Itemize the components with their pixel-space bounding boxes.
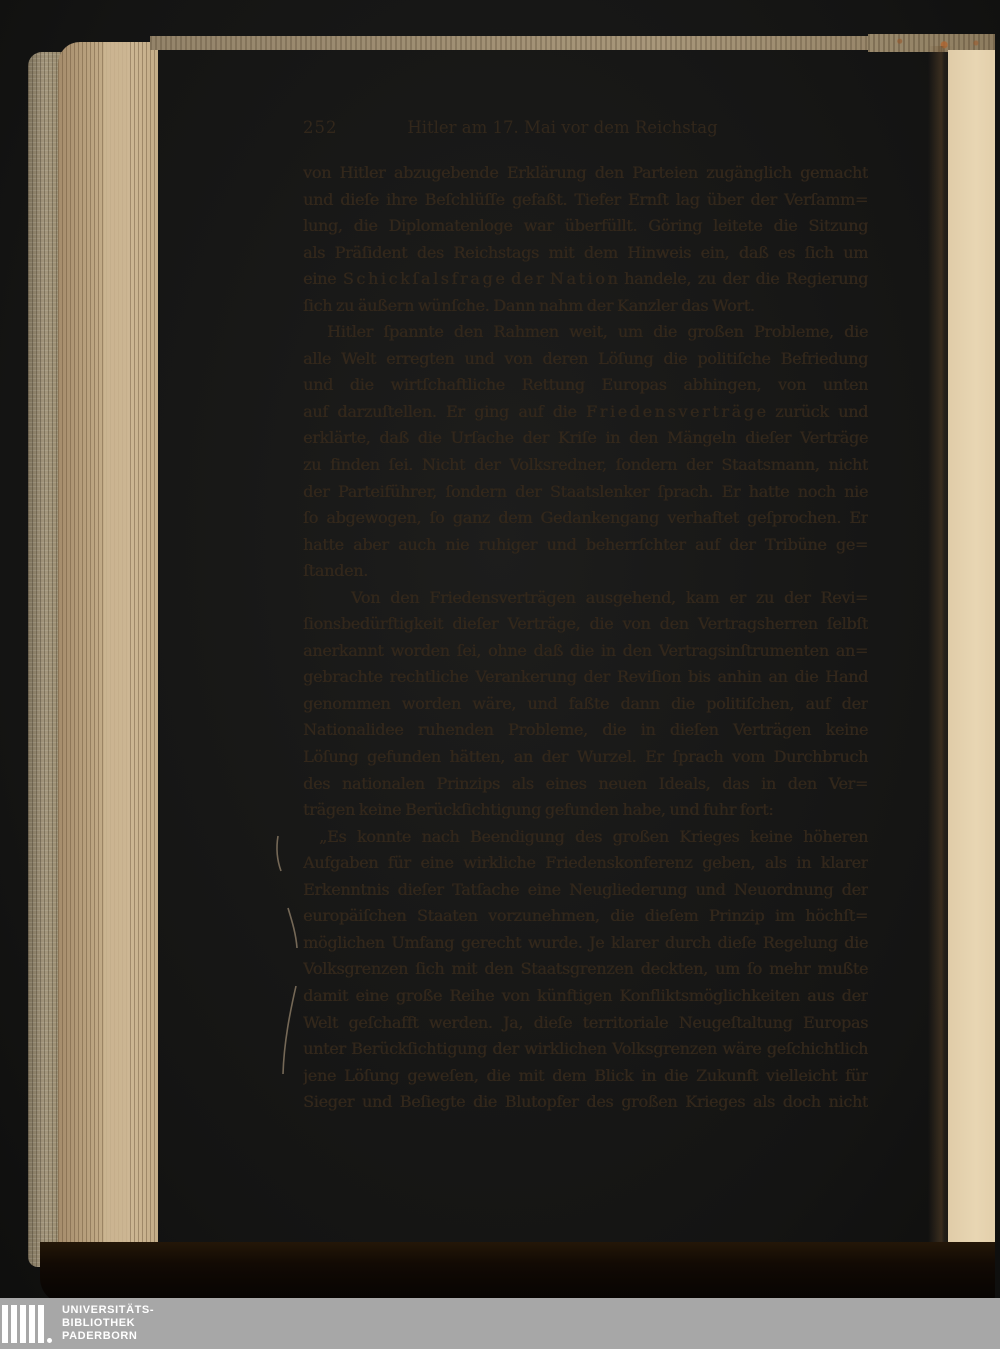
library-name-line2: BIBLIOTHEK <box>62 1317 154 1330</box>
text-line-p2-l2: alle Welt erregten und von deren Löſung … <box>303 346 868 373</box>
text-line-p4-l10: jene Löſung geweſen, die mit dem Blick i… <box>303 1063 868 1090</box>
library-watermark-bar: UNIVERSITÄTS- BIBLIOTHEK PADERBORN <box>0 1298 1000 1349</box>
text-line-p2-l10: ſtanden. <box>303 558 868 585</box>
text-line-p3-l8: des nationalen Prinzips als eines neuen … <box>303 771 868 798</box>
text-line-p2-l1: Hitler ſpannte den Rahmen weit, um die g… <box>303 319 868 346</box>
text-line-p3-l7: Löſung gefunden hätten, an der Wurzel. E… <box>303 744 868 771</box>
text-line-p1-l4: als Präſident des Reichstags mit dem Hin… <box>303 240 868 267</box>
body-text: von Hitler abzugebende Erklärung den Par… <box>303 160 868 1116</box>
text-line-p4-l1: „Es konnte nach Beendigung des großen Kr… <box>303 824 868 851</box>
library-logo-dot <box>47 1338 52 1343</box>
text-line-p2-l8: ſo abgewogen, ſo ganz dem Gedankengang v… <box>303 505 868 532</box>
text-line-p1-l3: lung, die Diplomatenloge war überfüllt. … <box>303 213 868 240</box>
text-line-p2-l7: der Parteiführer, ſondern der Staatslenk… <box>303 479 868 506</box>
text-line-p2-l5: erklärte, daß die Urſache der Kriſe in d… <box>303 425 868 452</box>
text-line-p1-l2: und dieſe ihre Beſchlüſſe gefaßt. Tiefer… <box>303 187 868 214</box>
text-line-p4-l8: Welt geſchafft werden. Ja, dieſe territo… <box>303 1010 868 1037</box>
text-line-p4-l11: Sieger und Beſiegte die Blutopfer des gr… <box>303 1089 868 1116</box>
text-line-p1-l6: ſich zu äußern wünſche. Dann nahm der Ka… <box>303 293 868 320</box>
page-stack-band <box>104 42 128 1257</box>
text-line-p2-l9: hatte aber auch nie ruhiger und beherrſc… <box>303 532 868 559</box>
text-line-p4-l6: Volksgrenzen ſich mit den Staatsgrenzen … <box>303 956 868 983</box>
text-line-p2-l3: und die wirtſchaftliche Rettung Europas … <box>303 372 868 399</box>
page-stack-fore-edge <box>58 42 158 1257</box>
book-bottom-shadow <box>40 1242 995 1304</box>
text-line-p4-l4: europäiſchen Staaten vorzunehmen, die di… <box>303 903 868 930</box>
library-name-line1: UNIVERSITÄTS- <box>62 1304 154 1317</box>
text-line-p3-l2: ſionsbedürftigkeit dieſer Verträge, die … <box>303 611 868 638</box>
text-line-p3-l5: genommen worden wäre, und faßte dann die… <box>303 691 868 718</box>
text-line-p4-l2: Aufgaben für eine wirkliche Friedenskonf… <box>303 850 868 877</box>
text-line-p2-l4: auf darzuſtellen. Er ging auf die F r i … <box>303 399 868 426</box>
text-line-p3-l4: gebrachte rechtliche Verankerung der Rev… <box>303 664 868 691</box>
text-line-p2-l6: zu finden ſei. Nicht der Volksredner, ſo… <box>303 452 868 479</box>
text-line-p3-l1: Von den Friedensverträgen ausgehend, kam… <box>303 585 868 612</box>
text-line-p3-l6: Nationalidee ruhenden Probleme, die in d… <box>303 717 868 744</box>
text-line-p4-l9: unter Berückſichtigung der wirklichen Vo… <box>303 1036 868 1063</box>
library-name: UNIVERSITÄTS- BIBLIOTHEK PADERBORN <box>62 1304 154 1343</box>
text-line-p4-l7: damit eine große Reihe von künftigen Kon… <box>303 983 868 1010</box>
scanned-book-photo: 252 Hitler am 17. Mai vor dem Reichstag … <box>0 0 1000 1349</box>
right-page-sliver <box>948 50 995 1245</box>
text-line-p3-l3: anerkannt worden ſei, ohne daß die in de… <box>303 638 868 665</box>
text-line-p4-l5: möglichen Umfang gerecht wurde. Je klare… <box>303 930 868 957</box>
library-name-line3: PADERBORN <box>62 1330 154 1343</box>
page-text-block: 252 Hitler am 17. Mai vor dem Reichstag … <box>303 118 868 144</box>
text-line-p1-l1: von Hitler abzugebende Erklärung den Par… <box>303 160 868 187</box>
text-line-p4-l3: Erkenntnis dieſer Tatſache eine Neuglied… <box>303 877 868 904</box>
text-line-p3-l9: trägen keine Berückſichtigung gefunden h… <box>303 797 868 824</box>
page-header: 252 Hitler am 17. Mai vor dem Reichstag <box>303 118 868 144</box>
running-header: Hitler am 17. Mai vor dem Reichstag <box>303 118 822 137</box>
text-line-p1-l5: eine S c h i c k ſ a l s f r a g e d e r… <box>303 266 868 293</box>
library-logo-icon <box>2 1305 44 1343</box>
